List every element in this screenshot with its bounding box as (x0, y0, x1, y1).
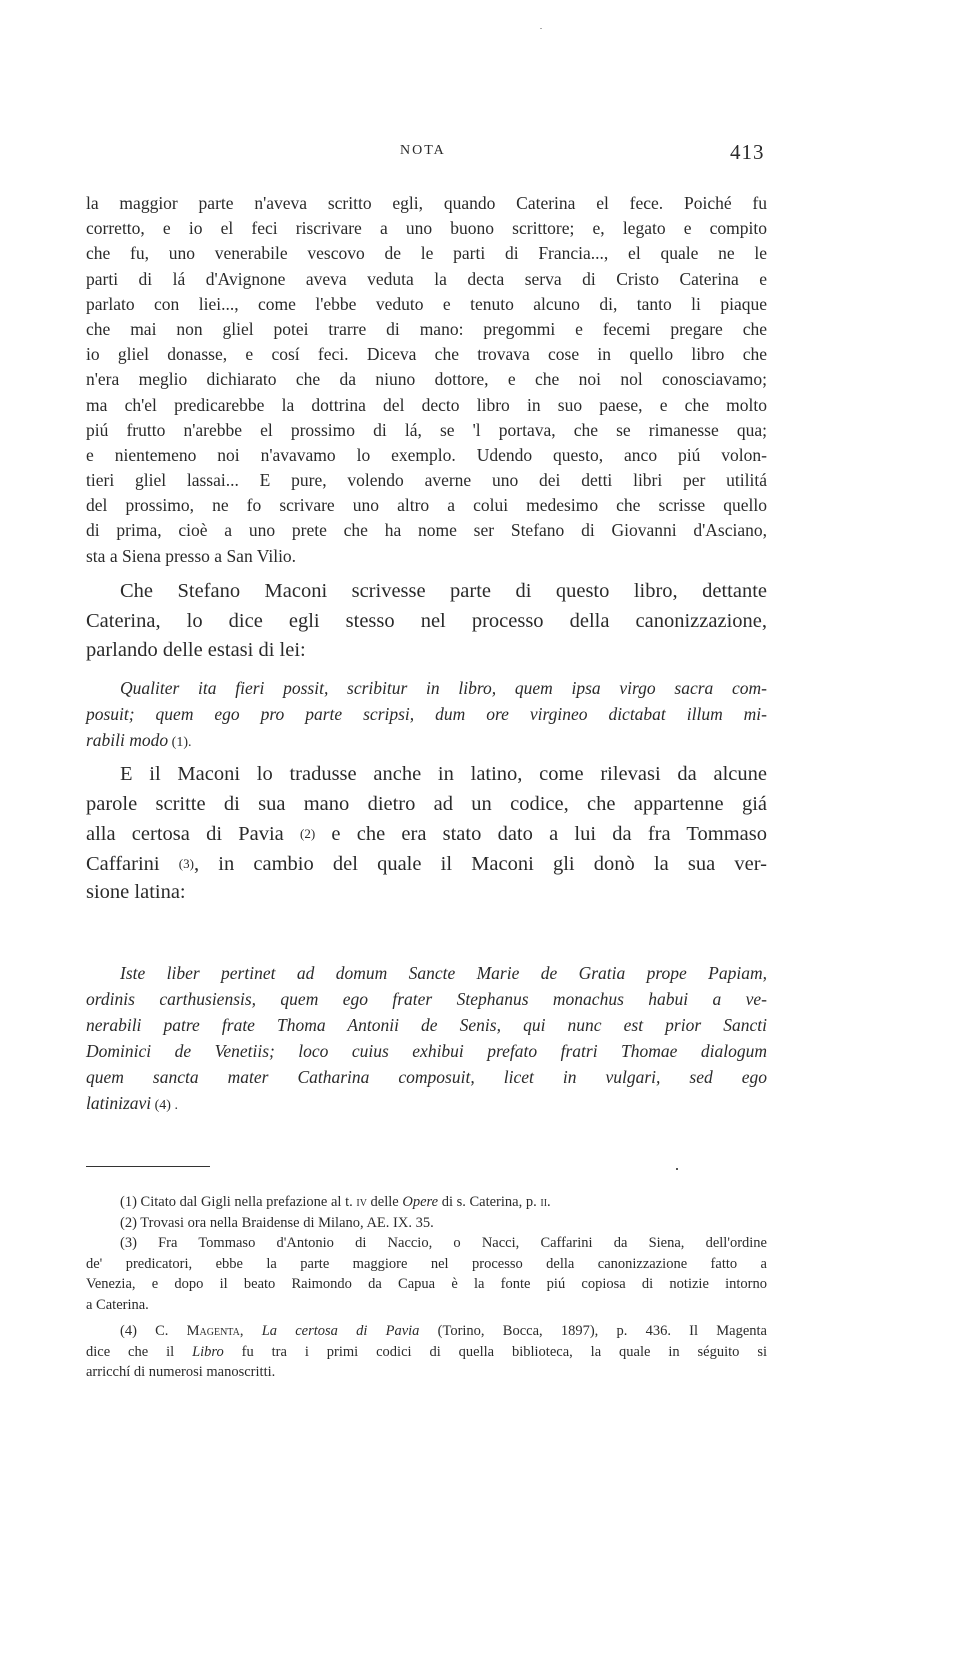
latin-quote-canonization: Qualiter ita fieri possit, scribitur in … (86, 675, 767, 753)
text-span: alla certosa di Pavia (86, 823, 300, 845)
text-line: io gliel donasse, e cosí feci. Diceva ch… (86, 342, 767, 367)
text-line: che fu, uno venerabile vescovo de le par… (86, 241, 767, 266)
text-line: Caffarini (3), in cambio del quale il Ma… (86, 849, 767, 879)
footnote-ref-3: (3) (179, 856, 194, 871)
text-line: Iste liber pertinet ad domum Sancte Mari… (86, 960, 767, 986)
text-line: Caterina, lo dice egli stesso nel proces… (86, 607, 767, 637)
book-page: NOTA 413 la maggior parte n'aveva scritt… (0, 0, 966, 1670)
text-line: rabili modo (1). (86, 727, 767, 753)
text-line: Dominici de Venetiis; loco cuius exhibui… (86, 1038, 767, 1064)
text-span: , (240, 1323, 262, 1339)
footnote-4-line: (4) C. Magenta, La certosa di Pavia (Tor… (86, 1321, 767, 1342)
text-line: di prima, cioè a uno prete che ha nome s… (86, 518, 767, 543)
text-line: quem sancta mater Catharina composuit, l… (86, 1064, 767, 1090)
text-line: n'era meglio dichiarato che da niuno dot… (86, 367, 767, 392)
text-line: del prossimo, ne fo scrivare uno altro a… (86, 493, 767, 518)
running-head: NOTA (400, 143, 446, 159)
author-name: Magenta (187, 1323, 240, 1339)
text-line: sione latina: (86, 878, 767, 908)
paragraph-continued-quotation: la maggior parte n'aveva scritto egli, q… (86, 191, 767, 569)
text-span: . (547, 1194, 551, 1210)
italic-text: latinizavi (86, 1093, 151, 1113)
text-line: che mai non gliel potei trarre di mano: … (86, 317, 767, 342)
footnote-4-line: dice che il Libro fu tra i primi codici … (86, 1342, 767, 1363)
text-span: delle (367, 1194, 402, 1210)
scan-speck (540, 28, 542, 29)
text-line: parole scritte di sua mano dietro ad un … (86, 790, 767, 820)
text-line: nerabili patre frate Thoma Antonii de Se… (86, 1012, 767, 1038)
scan-speck (676, 1168, 678, 1170)
italic-title: Opere (402, 1194, 438, 1210)
text-line: corretto, e io el feci riscrivare a uno … (86, 216, 767, 241)
paragraph-maconi-wrote: Che Stefano Maconi scrivesse parte di qu… (86, 577, 767, 666)
text-line: ordinis carthusiensis, quem ego frater S… (86, 986, 767, 1012)
footnotes: (1) Citato dal Gigli nella prefazione al… (86, 1192, 767, 1383)
footnote-3-line: de' predicatori, ebbe la parte maggiore … (86, 1254, 767, 1275)
footnote-ref-4: (4) . (151, 1098, 178, 1113)
text-line: Qualiter ita fieri possit, scribitur in … (86, 675, 767, 701)
text-line: parti di lá d'Avignone aveva veduta la d… (86, 267, 767, 292)
text-line: sta a Siena presso a San Vilio. (86, 544, 767, 569)
text-line: posuit; quem ego pro parte scripsi, dum … (86, 701, 767, 727)
italic-text: rabili modo (86, 730, 168, 750)
text-line: Che Stefano Maconi scrivesse parte di qu… (86, 577, 767, 607)
page-number: 413 (730, 140, 765, 165)
text-line: parlato con liei..., come l'ebbe veduto … (86, 292, 767, 317)
text-line: la maggior parte n'aveva scritto egli, q… (86, 191, 767, 216)
footnote-ref-2: (2) (300, 826, 315, 841)
text-span: e che era stato dato a lui da fra Tommas… (315, 823, 767, 845)
text-span: dice che il (86, 1344, 192, 1360)
text-line: parlando delle estasi di lei: (86, 636, 767, 666)
footnote-separator (86, 1166, 210, 1167)
footnote-3-line: Venezia, e dopo il beato Raimondo da Cap… (86, 1274, 767, 1295)
text-line: ma ch'el predicarebbe la dottrina del de… (86, 393, 767, 418)
text-span: , in cambio del quale il Maconi gli donò… (194, 853, 767, 875)
text-span: di s. Caterina, p. (438, 1194, 540, 1210)
footnote-4-line: arricchí di numerosi manoscritti. (86, 1362, 767, 1383)
text-line: E il Maconi lo tradusse anche in latino,… (86, 760, 767, 790)
roman-numeral: iv (356, 1194, 367, 1210)
text-line: piú frutto n'arebbe el prossimo di lá, s… (86, 418, 767, 443)
text-span: Caffarini (86, 853, 179, 875)
footnote-3-line: a Caterina. (86, 1295, 767, 1316)
text-line: alla certosa di Pavia (2) e che era stat… (86, 819, 767, 849)
text-line: tieri gliel lassai... E pure, volendo av… (86, 468, 767, 493)
text-span: (4) C. (120, 1323, 187, 1339)
text-span: (1) Citato dal Gigli nella prefazione al… (120, 1194, 356, 1210)
latin-quote-inscription: Iste liber pertinet ad domum Sancte Mari… (86, 960, 767, 1116)
text-line: e nientemeno noi n'avavamo lo exemplo. U… (86, 443, 767, 468)
text-span: (Torino, Bocca, 1897), p. 436. Il Magent… (419, 1323, 767, 1339)
text-span: fu tra i primi codici di quella bibliote… (224, 1344, 767, 1360)
footnote-ref-1: (1). (168, 735, 191, 750)
text-line: latinizavi (4) . (86, 1090, 767, 1116)
footnote-2: (2) Trovasi ora nella Braidense di Milan… (86, 1213, 767, 1234)
italic-title: La certosa di Pavia (262, 1323, 420, 1339)
italic-title: Libro (192, 1344, 224, 1360)
paragraph-latin-translation: E il Maconi lo tradusse anche in latino,… (86, 760, 767, 908)
footnote-1: (1) Citato dal Gigli nella prefazione al… (86, 1192, 767, 1213)
footnote-3-line: (3) Fra Tommaso d'Antonio di Naccio, o N… (86, 1233, 767, 1254)
